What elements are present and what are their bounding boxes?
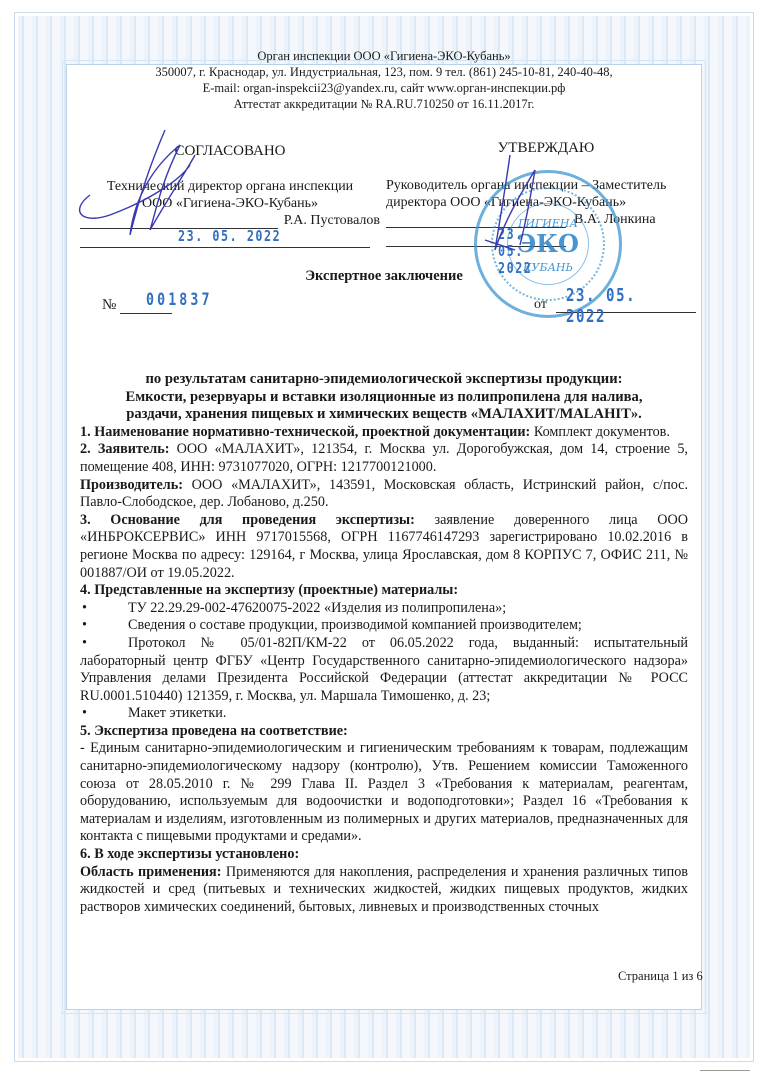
- scope: Область применения: Применяются для нако…: [80, 864, 688, 917]
- section-6-label: 6. В ходе экспертизы установлено:: [80, 846, 299, 862]
- section-1-label: 1. Наименование нормативно-технической, …: [80, 424, 530, 440]
- approved-title: УТВЕРЖДАЮ: [386, 140, 706, 157]
- document-date-row: от 23. 05. 2022: [534, 297, 696, 313]
- subtitle-line2: Емкости, резервуары и вставки изоляционн…: [80, 389, 688, 407]
- subtitle-line3: раздачи, хранения пищевых и химических в…: [80, 406, 688, 424]
- letterhead: Орган инспекции ООО «Гигиена-ЭКО-Кубань»…: [80, 48, 688, 112]
- page-edge-mark: [700, 1070, 750, 1071]
- seal-text-center: ЭКО: [477, 229, 619, 258]
- approval-agreed-block: СОГЛАСОВАНО Технический директор органа …: [80, 143, 380, 248]
- list-item: • Сведения о составе продукции, производ…: [80, 617, 688, 635]
- page-number: Страница 1 из 6: [618, 969, 703, 984]
- document-body: по результатам санитарно-эпидемиологичес…: [80, 371, 688, 916]
- section-2-text: ООО «МАЛАХИТ», 121354, г. Москва ул. Дор…: [80, 441, 688, 475]
- date-label: от: [534, 297, 547, 312]
- producer-label: Производитель:: [80, 477, 183, 493]
- subtitle-line1: по результатам санитарно-эпидемиологичес…: [80, 371, 688, 389]
- section-4-label: 4. Представленные на экспертизу (проектн…: [80, 582, 458, 598]
- agreed-date-line: 23. 05. 2022: [80, 229, 370, 248]
- section-5-text: - Единым санитарно-эпидемиологическим и …: [80, 740, 688, 846]
- section-5-label: 5. Экспертиза проведена на соответствие:: [80, 723, 348, 739]
- bullet-icon: •: [80, 617, 128, 635]
- section-4: 4. Представленные на экспертизу (проектн…: [80, 582, 688, 600]
- list-item: • ТУ 22.29.29-002-47620075-2022 «Изделия…: [80, 600, 688, 618]
- section-2-label: 2. Заявитель:: [80, 441, 169, 457]
- section-1-text: Комплект документов.: [530, 424, 670, 440]
- agreed-title: СОГЛАСОВАНО: [80, 143, 380, 160]
- section-2: 2. Заявитель: ООО «МАЛАХИТ», 121354, г. …: [80, 441, 688, 476]
- list-item: • Макет этикетки.: [80, 705, 688, 723]
- org-address: 350007, г. Краснодар, ул. Индустриальная…: [80, 64, 688, 80]
- agreed-date-stamp: 23. 05. 2022: [178, 228, 281, 245]
- document-date-stamp: 23. 05. 2022: [566, 285, 668, 327]
- section-3-label: 3. Основание для проведения экспертизы:: [80, 512, 415, 528]
- document-number-row: № 001837: [102, 297, 172, 314]
- section-5: 5. Экспертиза проведена на соответствие:: [80, 723, 688, 741]
- document-title: Экспертное заключение: [80, 268, 688, 285]
- bullet-icon: •: [80, 600, 128, 618]
- org-contacts: E-mail: organ-inspekcii23@yandex.ru, сай…: [80, 80, 688, 96]
- agreed-signatory: Р.А. Пустовалов: [284, 212, 380, 229]
- org-accreditation: Аттестат аккредитации № RA.RU.710250 от …: [80, 96, 688, 112]
- section-3: 3. Основание для проведения экспертизы: …: [80, 512, 688, 582]
- org-name: Орган инспекции ООО «Гигиена-ЭКО-Кубань»: [80, 48, 688, 64]
- document-number-stamp: 001837: [146, 290, 213, 310]
- number-label: №: [102, 297, 116, 313]
- section-6: 6. В ходе экспертизы установлено:: [80, 846, 688, 864]
- bullet-icon: •: [80, 635, 128, 653]
- list-item-continuation: лабораторный центр ФГБУ «Центр Государст…: [80, 653, 688, 706]
- list-item: • Протокол № 05/01-82П/КМ-22 от 06.05.20…: [80, 635, 688, 653]
- agreed-position-line2: ООО «Гигиена-ЭКО-Кубань»: [80, 195, 380, 212]
- scope-label: Область применения:: [80, 864, 221, 880]
- section-1: 1. Наименование нормативно-технической, …: [80, 424, 688, 442]
- bullet-icon: •: [80, 705, 128, 723]
- agreed-position-line1: Технический директор органа инспекции: [80, 178, 380, 195]
- producer: Производитель: ООО «МАЛАХИТ», 143591, Мо…: [80, 477, 688, 512]
